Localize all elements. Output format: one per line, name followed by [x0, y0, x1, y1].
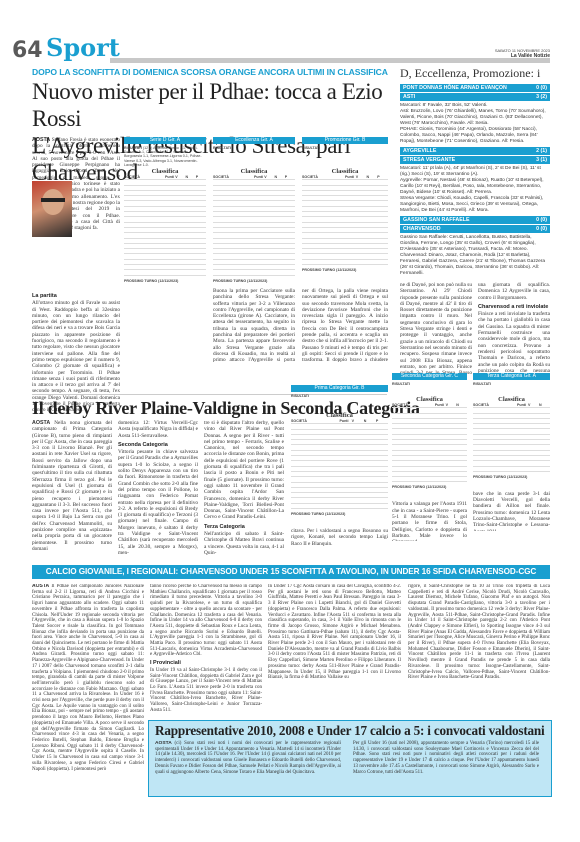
box-col2: Per gli Under 16 (nati nel 2008), appunt… — [353, 741, 539, 775]
header-rule — [110, 58, 550, 63]
table-title: Promozione Gir. B — [302, 137, 388, 144]
derby-col5: Vittoria a valanga per l'Aosta 1911 che … — [392, 501, 467, 541]
partita-text: All'ottavo minuto gol di Favale su assis… — [32, 300, 120, 413]
tabellini-text-b: una giornata di squalifica. Domenica 12 … — [478, 282, 550, 377]
youth-col3: In Under 17 Cgc Aosta corsaro in casa de… — [268, 584, 401, 716]
table-prima-categoria: Prima Categoria Gir. B RISULTATI Classif… — [291, 385, 388, 556]
col4-text: ner di Ortega, la palla viene respinta n… — [302, 288, 388, 364]
table-title: Prima Categoria Gir. B — [291, 385, 388, 392]
photo-ezio-rossi — [32, 181, 72, 237]
classifica-title: Classifica — [392, 396, 467, 403]
match-3-home: GASSINO SAN RAFFAELE0 (0) — [400, 216, 550, 224]
newspaper-name: La Vallée Notizie — [511, 53, 550, 59]
next-round: PROSSIMO TURNO (12/11/2023) — [473, 475, 550, 491]
standings: SOCIETÀPuntiVNP — [291, 419, 388, 509]
results-block: RISULTATI — [291, 394, 388, 412]
subhead-la-partita: La partita — [32, 293, 120, 299]
table-promozione: Promozione Gir. B RISULTATI Classifica S… — [302, 137, 388, 288]
classifica-title: Classifica — [291, 412, 388, 419]
derby-col3: tre si è disputato l'altro derby, quello… — [204, 420, 284, 560]
partita-continued — [124, 289, 206, 361]
table-title: Terza Categoria Gir. A — [473, 373, 550, 380]
youth-col2: fanno ricorso perché lo Charvensod ha me… — [150, 584, 262, 716]
results-block: RISULTATI — [473, 382, 550, 396]
subhead-charvensod: Charvensod a reti inviolate — [478, 304, 550, 310]
match-2-details: Marcatori: 11' pt lala (A), 44' pt Manfr… — [400, 166, 550, 214]
match-1-away: ASTI3 (2) — [400, 93, 550, 101]
table-terza-categoria: Terza Categoria Gir. A RISULTATI Classif… — [473, 373, 550, 531]
classifica-title: Classifica — [213, 168, 295, 175]
youth-banner: CALCIO GIOVANILE, I REGIONALI: CHARVENSO… — [32, 565, 550, 579]
results-block: RISULTATI — [302, 146, 388, 168]
table-title: Seconda Categoria Gir. C — [392, 373, 467, 380]
derby-col6: bave che in casa perde 3-1 dai Diavolett… — [473, 491, 550, 531]
match-3-details: Gassino San Raffaele: Cerutti, Lancellot… — [400, 235, 550, 277]
derby-col4: citava. Per i valdostani a segno Bosonno… — [291, 528, 388, 556]
headline-line-1: Nuovo mister per il Pdhae: tocca a Ezio … — [32, 78, 392, 132]
standings: SOCIETÀPuntiVNP — [213, 175, 295, 276]
standings: SOCIETÀPuntiVNP — [124, 175, 206, 276]
classifica-title: Classifica — [473, 396, 550, 403]
classifica-title: Classifica — [124, 168, 206, 175]
youth-col1: AOSTA Il Pdhae nel campionato Juniores N… — [32, 584, 144, 796]
results-block: RISULTATI (12 a) Alba-Bra, Torino 1-1, C… — [124, 146, 206, 168]
next-round: PROSSIMO TURNO (12/11/2023) — [291, 512, 388, 528]
match-3-away: CHARVENSOD0 (0) — [400, 225, 550, 233]
page-number: 64 — [12, 38, 43, 63]
table-title: Eccellenza Gir. A — [213, 137, 295, 144]
youth-col4: rigore, il Saint-Christophe ne fa 10 al … — [408, 584, 550, 716]
tabellini: PONT DONNAS HÔNE ARNAD EVANÇON0 (0) ASTI… — [400, 83, 550, 279]
article-kicker: DOPO LA SCONFITTA DI DOMENICA SCORSA ORA… — [32, 67, 388, 77]
match-2-home: AYGREVILLE2 (1) — [400, 147, 550, 155]
stresa-text: Buona la prima per Cacciatore sulla panc… — [213, 288, 295, 364]
derby-col1: AOSTA Nella nona giornata del campionato… — [32, 420, 112, 560]
classifica-title: Classifica — [302, 168, 388, 175]
convocati-box: Rappresentative 2010, 2008 e Under 17 ca… — [148, 720, 552, 797]
results-block: RISULTATI — [213, 146, 295, 168]
standings: SOCIETÀPuntiVNP — [302, 175, 388, 265]
next-round: PROSSIMO TURNO (12/11/2023) — [392, 485, 467, 501]
table-serie-d: Serie D Gir. A RISULTATI (12 a) Alba-Bra… — [124, 137, 206, 299]
main-article-col1b: La partita All'ottavo minuto gol di Fava… — [32, 290, 120, 414]
match-1-home: PONT DONNAS HÔNE ARNAD EVANÇON0 (0) — [400, 84, 550, 92]
next-round: PROSSIMO TURNO (12/11/2023) — [302, 268, 388, 288]
results-block: RISULTATI — [392, 382, 467, 396]
match-2-away: STRESA VERGANTE3 (1) — [400, 156, 550, 164]
table-seconda-categoria: Seconda Categoria Gir. C RISULTATI Class… — [392, 373, 467, 541]
standings: SOCIETÀPuntiVN — [392, 403, 467, 482]
match-1-details: Marcatori: 8' Favale, 32' Bois, 52' Vale… — [400, 103, 550, 145]
table-eccellenza: Eccellenza Gir. A RISULTATI Classifica S… — [213, 137, 295, 299]
derby-col2: domenica 12: Virtus Vercelli-Cgc Aosta (… — [118, 420, 198, 560]
standings: SOCIETÀPuntiVN — [473, 403, 550, 472]
tabellini-text-a: ne di Dayné, poi non può nulla su Sterra… — [400, 282, 472, 377]
section-title: Sport — [46, 33, 120, 62]
box-headline: Rappresentative 2010, 2008 e Under 17 ca… — [155, 723, 545, 739]
table-title: Serie D Gir. A — [124, 137, 206, 144]
box-col1: AOSTA (ci) Sono stati resi noti i nomi d… — [155, 741, 341, 775]
